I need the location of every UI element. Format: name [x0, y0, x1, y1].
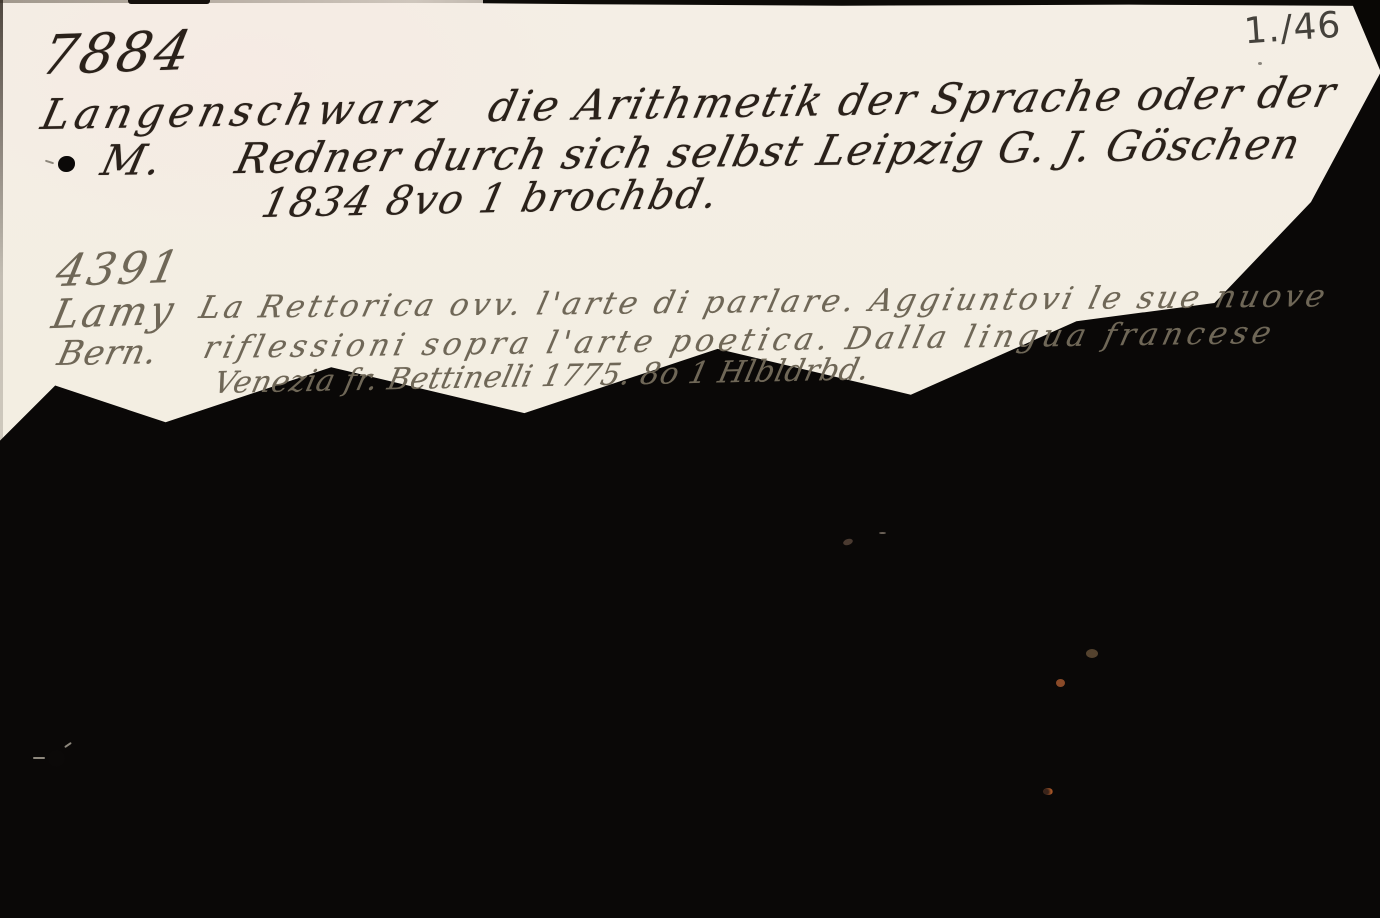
scan-edge-smudge	[128, 0, 210, 4]
punch-hole-top-scratch	[45, 160, 54, 165]
entry2-author-name: Lamy	[52, 288, 176, 338]
archive-corner-number: 1./46	[1243, 5, 1343, 53]
entry1-shelf-number: 7884	[42, 19, 194, 87]
catalogue-card-scan: 1./46 7884 Langenschwarzdie Arithmetik d…	[0, 0, 1380, 918]
small-dash-speck	[879, 532, 886, 534]
pencil-dot	[1258, 62, 1262, 65]
punch-hole-bottom	[48, 750, 65, 767]
entry1-author-name: Langenschwarz	[37, 83, 447, 139]
rust-stain	[1056, 679, 1065, 687]
punch-hole-top	[58, 156, 75, 172]
entry2-author-forename: Bern.	[58, 332, 158, 374]
brown-stain	[1086, 649, 1098, 658]
foxing-spot	[1043, 788, 1053, 795]
entry1-author-initial: M.	[97, 135, 169, 185]
punch-hole-bottom-scratch-left	[33, 757, 45, 759]
entry1-imprint: 1834 8vo 1 brochbd.	[262, 171, 719, 227]
